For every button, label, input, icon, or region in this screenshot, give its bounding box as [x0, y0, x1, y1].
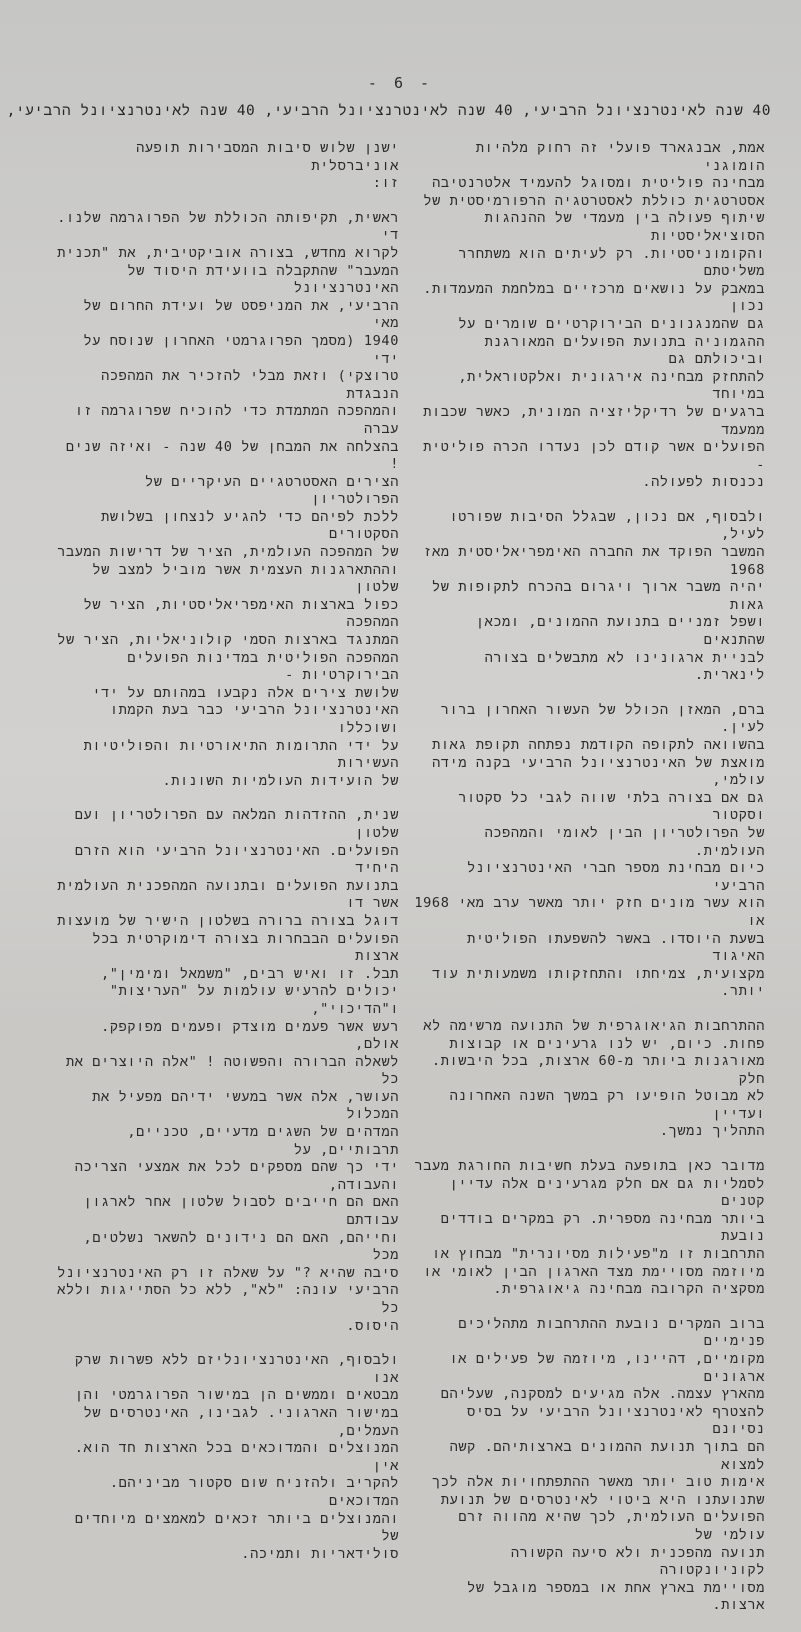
- scanned-document-page: - 6 - 40 שנה לאינטרנציונל הרביעי, 40 שנה…: [0, 0, 801, 1024]
- paragraph: ברם, המאזן הכולל של העשור האחרון ברור לע…: [411, 702, 765, 1001]
- left-column: ישנן שלוש סיבות המסבירות תופעה אוניברסלי…: [49, 140, 399, 1024]
- page-number: - 6 -: [0, 74, 801, 92]
- paragraph: שנית, ההזדהות המלאה עם הפרולטריון ועם של…: [49, 807, 399, 1024]
- paragraph: ראשית, תקיפותה הכוללת של הפרוגרמה שלנו. …: [49, 210, 399, 791]
- paragraph: ההתרחבות הגיאוגרפית של התנועה מרשימה לא …: [411, 1018, 765, 1024]
- anniversary-banner: 40 שנה לאינטרנציונל הרביעי, 40 שנה לאינט…: [31, 103, 771, 120]
- right-column: אמת, אבנגארד פועלי זה רחוק מלהיות הומוגנ…: [411, 140, 765, 1024]
- paragraph: אמת, אבנגארד פועלי זה רחוק מלהיות הומוגנ…: [411, 140, 765, 492]
- paragraph: ישנן שלוש סיבות המסבירות תופעה אוניברסלי…: [49, 140, 399, 193]
- paragraph: ולבסוף, אם נכון, שבגלל הסיבות שפורטו לעי…: [411, 509, 765, 685]
